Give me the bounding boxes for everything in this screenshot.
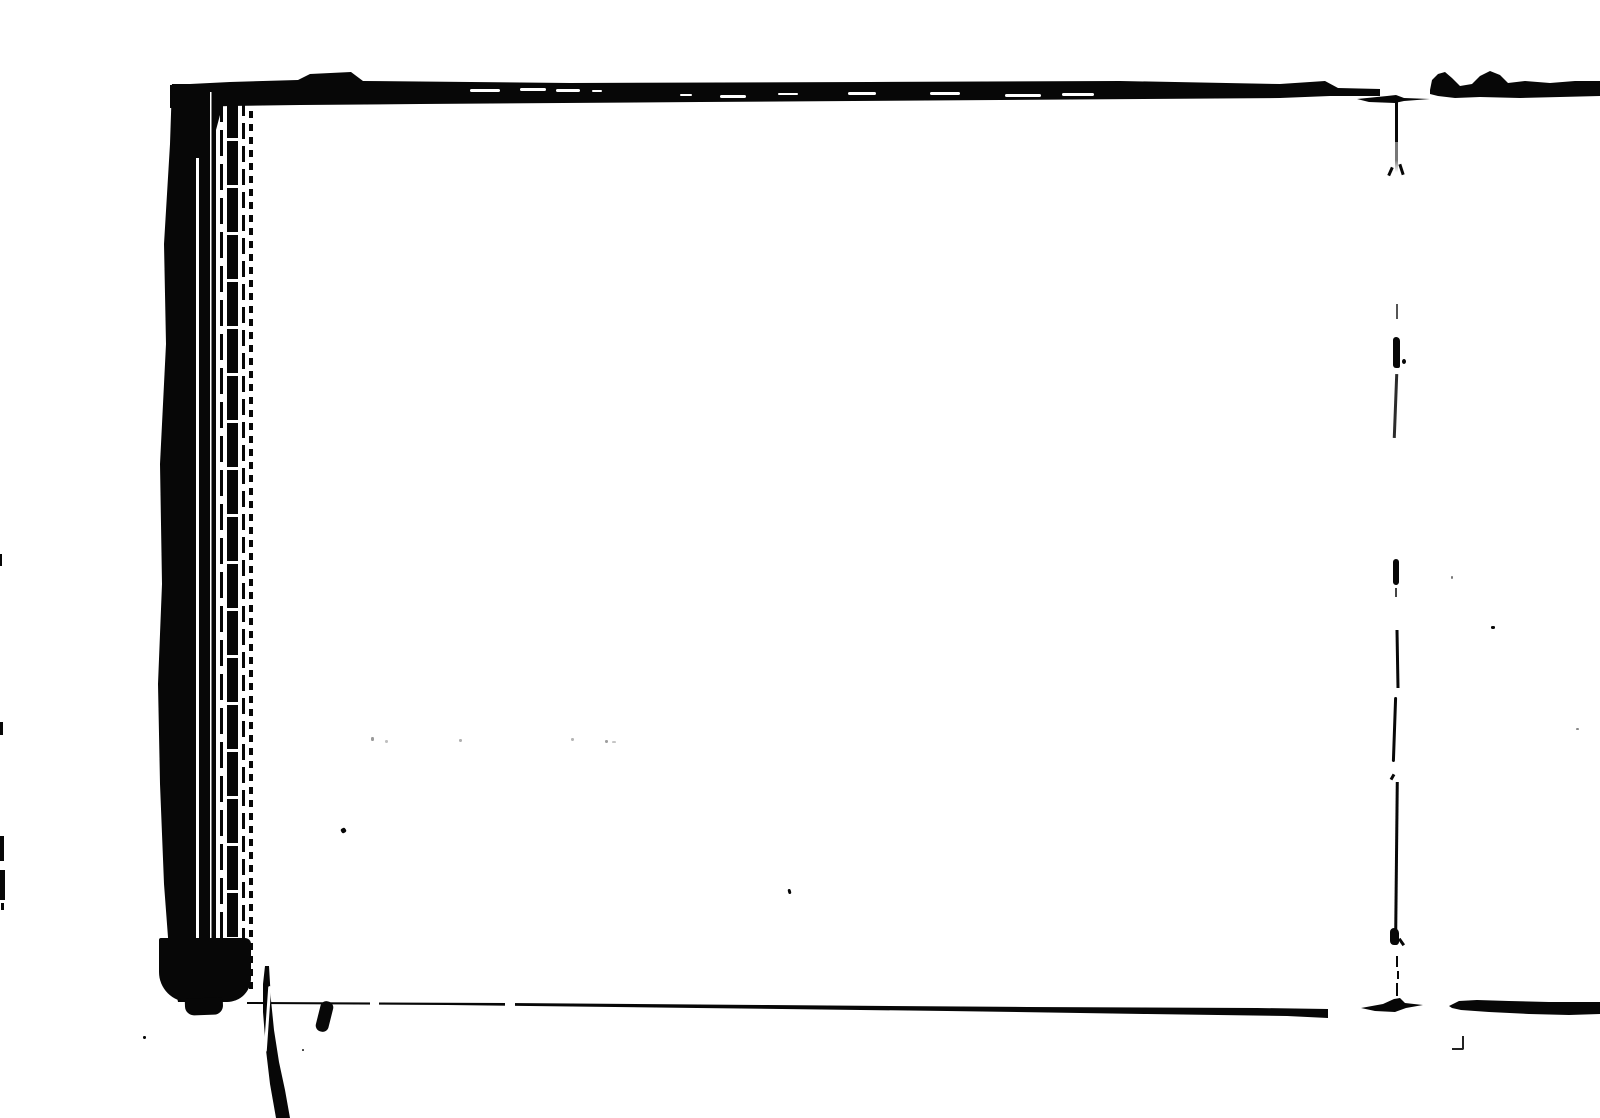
scan-speck [459, 739, 462, 742]
ink-void [505, 1000, 515, 1011]
gutter-stitch-fleck [1387, 167, 1393, 176]
scan-speck [605, 740, 608, 743]
gutter-stitch-segment [1394, 782, 1398, 930]
left-page-top-edge [170, 72, 1380, 108]
corner-bracket-mark [1452, 1036, 1464, 1050]
book-spine-outer-edge [158, 84, 196, 1002]
page-edge-streak [220, 96, 223, 990]
gutter-stitch-segment [1393, 374, 1398, 438]
gutter-stitch-dash [1396, 304, 1398, 319]
ink-blot [314, 1000, 334, 1033]
page-edge-streak [242, 100, 245, 988]
gutter-stitch-segment [1392, 697, 1397, 762]
edge-mark [1, 903, 4, 910]
ink-void [520, 88, 546, 91]
gutter-stitch-dash [1396, 956, 1398, 967]
left-page-bottom-edge [247, 999, 1328, 1019]
gutter-stitch-segment [1395, 630, 1399, 688]
scan-speck [1491, 626, 1495, 629]
ink-void [720, 95, 746, 98]
scanned-book-page: Black-and-white scan of an open book: a … [0, 0, 1600, 1118]
book-spine-inner-bar [199, 92, 216, 992]
ink-void [470, 89, 500, 92]
gutter-stitch-fleck [1398, 164, 1404, 175]
ink-void [1062, 93, 1094, 96]
edge-mark [0, 554, 2, 566]
scan-speck [302, 1049, 304, 1051]
gutter-stitch-dash [1397, 971, 1399, 979]
gutter-stitch-dash [1396, 983, 1398, 996]
gutter-stitch-knot [1393, 337, 1400, 368]
gutter-stitch-segment [1395, 102, 1398, 172]
gutter-stitch-knot [1393, 559, 1399, 585]
edge-mark [0, 870, 5, 900]
gutter-stitch-bottom-flare [1361, 998, 1423, 1012]
edge-mark [0, 722, 3, 735]
edge-mark [0, 836, 4, 861]
ink-void [556, 89, 580, 92]
ink-void [370, 1000, 379, 1010]
gutter-stitch-top-bar [1357, 95, 1430, 103]
right-page-top-edge [1430, 68, 1600, 100]
scan-speck [340, 827, 347, 834]
ink-void [592, 90, 602, 92]
scan-speck [571, 738, 574, 741]
right-page-bottom-edge [1449, 998, 1600, 1017]
spine-bottom-corner [159, 938, 251, 1002]
gutter-stitch-dot [1402, 359, 1406, 364]
gutter-stitch-fleck [1398, 938, 1405, 946]
spine-bottom-tab [185, 997, 224, 1015]
bookmark-ribbon [256, 966, 292, 1118]
ink-void [1005, 94, 1041, 97]
ink-void [848, 92, 876, 95]
scan-speck [385, 740, 388, 743]
gutter-stitch-dash [1395, 588, 1397, 597]
gutter-stitch-knot [1390, 928, 1399, 945]
ink-void [680, 94, 692, 96]
page-edge-streak [227, 94, 238, 992]
page-description: Black-and-white scan of an open book: a … [0, 0, 1, 1]
gutter-stitch-fleck [1390, 774, 1396, 781]
scan-speck [787, 889, 791, 895]
scan-speck [1451, 576, 1453, 579]
page-edge-streak [249, 98, 253, 993]
scan-speck [143, 1036, 146, 1039]
scan-speck [371, 737, 374, 741]
scan-speck [1576, 728, 1579, 730]
ink-void [930, 92, 960, 95]
scan-speck [612, 741, 616, 743]
ink-void [778, 93, 798, 95]
